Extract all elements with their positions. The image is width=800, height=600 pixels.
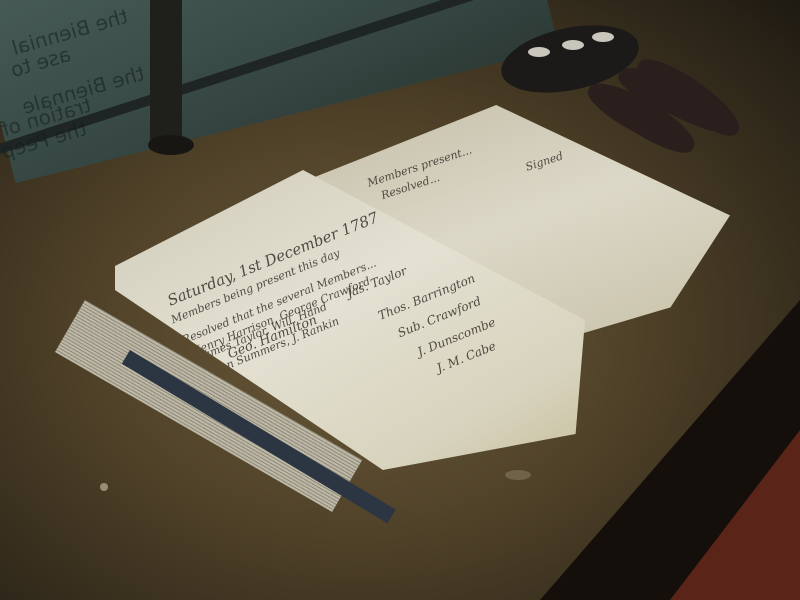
case-post-base [148,135,194,155]
inkwell [562,40,584,50]
museum-display-photo: the Biennial ase to the Biennale tration… [0,0,800,600]
case-wood-edge [670,430,800,600]
inkwell [592,32,614,42]
inkwell [528,47,550,57]
case-support-post [150,0,182,150]
table-spot [100,483,108,491]
table-spot [505,470,531,480]
